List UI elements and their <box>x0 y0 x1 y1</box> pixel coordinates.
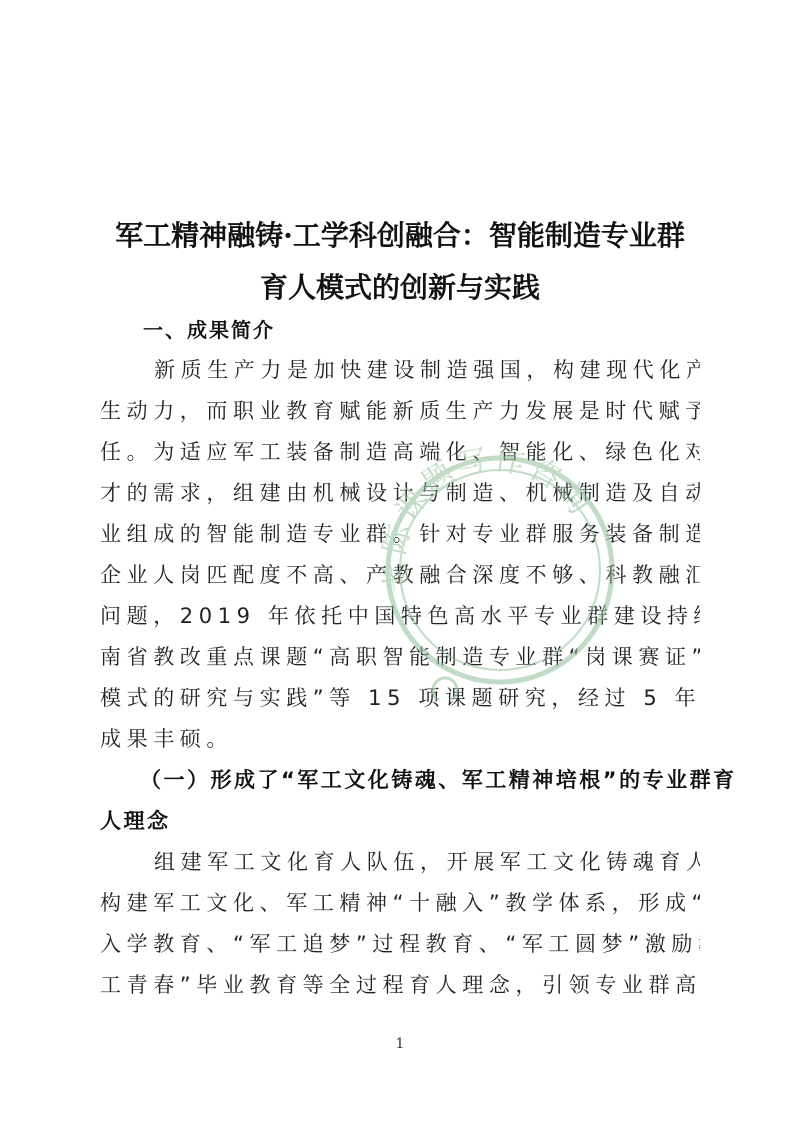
document-title-line-2: 育人模式的创新与实践 <box>100 266 700 306</box>
paragraph-line: 工青春”毕业教育等全过程育人理念，引领专业群高质量发展。 <box>100 965 700 1006</box>
subsection-concept-paragraph: 组建军工文化育人队伍，开展军工文化铸魂育人实践活动， 构建军工文化、军工精神“十… <box>100 842 700 1006</box>
paragraph-line: 模式的研究与实践”等 15 项课题研究，经过 5 年实践，成效显著、 <box>100 678 700 719</box>
paragraph-line: 任。为适应军工装备制造高端化、智能化、绿色化对技术技能人 <box>100 432 700 473</box>
page-number: 1 <box>0 1036 800 1052</box>
section-summary-paragraph: 新质生产力是加快建设制造强国，构建现代化产业体系的内 生动力，而职业教育赋能新质… <box>100 350 700 760</box>
paragraph-line: 业组成的智能制造专业群。针对专业群服务装备制造产业和军工 <box>100 514 700 555</box>
heading-line: 人理念 <box>100 801 700 842</box>
document-page: 军工精神融铸·工学科创融合：智能制造专业群 育人模式的创新与实践 一、成果简介 … <box>0 0 800 1131</box>
paragraph-line: 成果丰硕。 <box>100 719 700 760</box>
paragraph-line: 才的需求，组建由机械设计与制造、机械制造及自动化等 4 个专 <box>100 473 700 514</box>
paragraph-line: 组建军工文化育人队伍，开展军工文化铸魂育人实践活动， <box>100 842 700 883</box>
paragraph-line: 入学教育、“军工追梦”过程教育、“军工圆梦”激励教育、“军 <box>100 924 700 965</box>
heading-line: （一）形成了“军工文化铸魂、军工精神培根”的专业群育 <box>100 760 700 801</box>
subsection-heading-concept: （一）形成了“军工文化铸魂、军工精神培根”的专业群育 人理念 <box>100 760 700 842</box>
paragraph-line: 问题，2019 年依托中国特色高水平专业群建设持续创新，结合河 <box>100 596 700 637</box>
document-title-line-1: 军工精神融铸·工学科创融合：智能制造专业群 <box>100 214 700 254</box>
paragraph-line: 生动力，而职业教育赋能新质生产力发展是时代赋予的使命和责 <box>100 391 700 432</box>
paragraph-line: 构建军工文化、军工精神“十融入”教学体系，形成“军工筑梦” <box>100 883 700 924</box>
section-heading-summary: 一、成果简介 <box>143 314 275 343</box>
paragraph-line: 企业人岗匹配度不高、产教融合深度不够、科教融汇效益不优等 <box>100 555 700 596</box>
paragraph-line: 南省教改重点课题“高职智能制造专业群“岗课赛证”综合育人 <box>100 637 700 678</box>
paragraph-line: 新质生产力是加快建设制造强国，构建现代化产业体系的内 <box>100 350 700 391</box>
